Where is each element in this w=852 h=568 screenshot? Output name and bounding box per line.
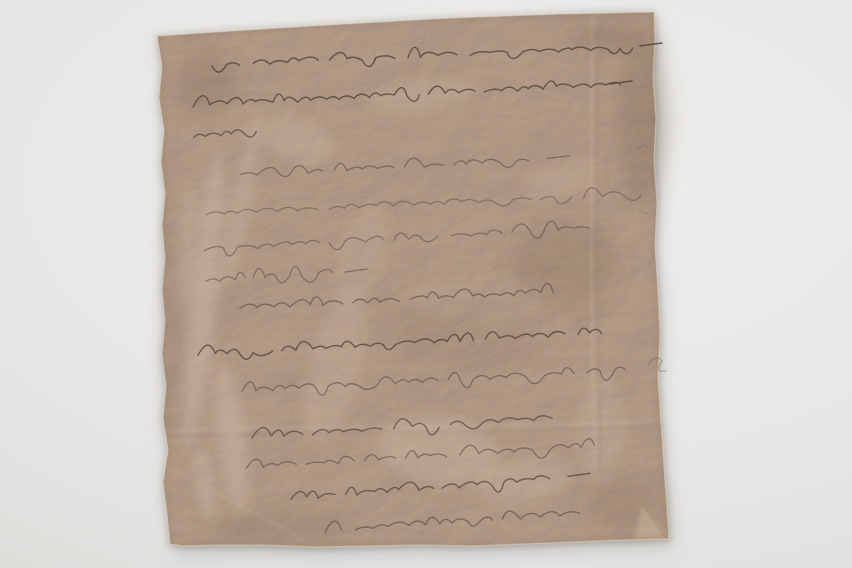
stain xyxy=(167,210,183,450)
stain xyxy=(510,220,620,310)
stain xyxy=(370,292,540,368)
stain xyxy=(568,22,652,54)
stain xyxy=(175,46,235,118)
stain xyxy=(617,35,669,205)
photo-background: Photograph of an old crumpled sheet of b… xyxy=(0,0,852,568)
letter-photo: Photograph of an old crumpled sheet of b… xyxy=(0,0,852,568)
